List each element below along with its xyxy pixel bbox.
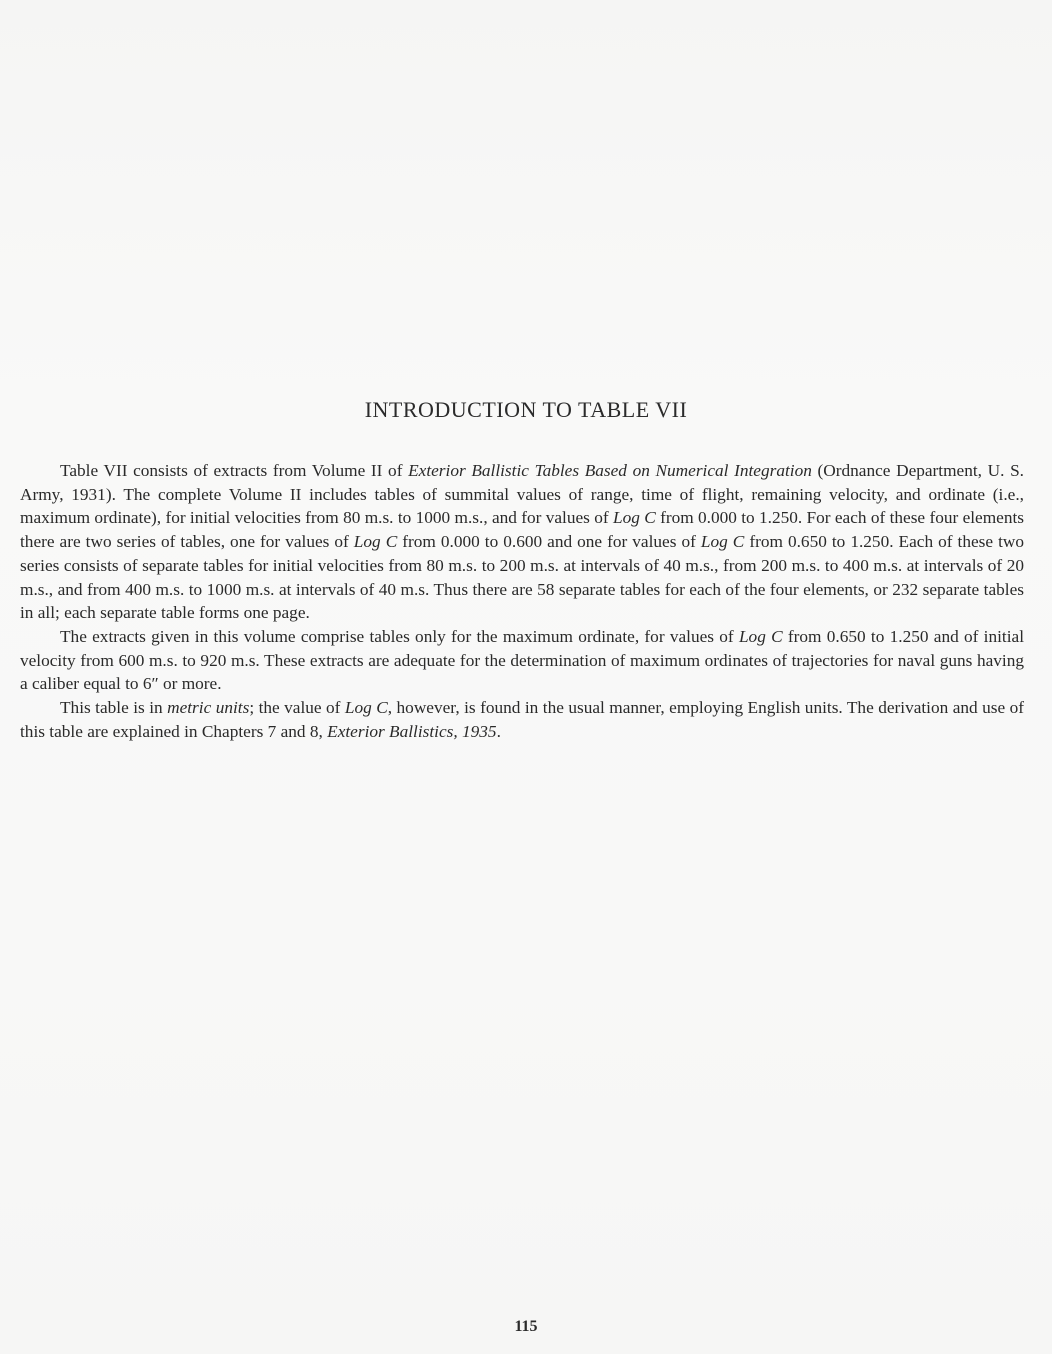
body-text: Table VII consists of extracts from Volu… bbox=[20, 459, 1024, 743]
italic-run: Log C bbox=[701, 532, 744, 551]
text-run: from 0.000 to 0.600 and one for values o… bbox=[397, 532, 701, 551]
paragraph-2: The extracts given in this volume compri… bbox=[20, 625, 1024, 696]
text-run: ; the value of bbox=[249, 698, 345, 717]
italic-run: metric units bbox=[167, 698, 249, 717]
page-title: INTRODUCTION TO TABLE VII bbox=[0, 397, 1052, 423]
italic-run: Log C bbox=[354, 532, 397, 551]
italic-run: Log C bbox=[613, 508, 656, 527]
paragraph-3: This table is in metric units; the value… bbox=[20, 696, 1024, 743]
text-run: This table is in bbox=[60, 698, 167, 717]
italic-run: Exterior Ballistics, 1935 bbox=[327, 722, 496, 741]
page-number: 115 bbox=[0, 1318, 1052, 1336]
paragraph-1: Table VII consists of extracts from Volu… bbox=[20, 459, 1024, 625]
italic-run: Log C bbox=[345, 698, 388, 717]
text-run: Table VII consists of extracts from Volu… bbox=[60, 461, 408, 480]
italic-run: Log C bbox=[739, 627, 783, 646]
document-page: INTRODUCTION TO TABLE VII Table VII cons… bbox=[0, 0, 1052, 1354]
italic-run: Exterior Ballistic Tables Based on Numer… bbox=[408, 461, 812, 480]
text-run: The extracts given in this volume compri… bbox=[60, 627, 739, 646]
text-run: . bbox=[497, 722, 501, 741]
